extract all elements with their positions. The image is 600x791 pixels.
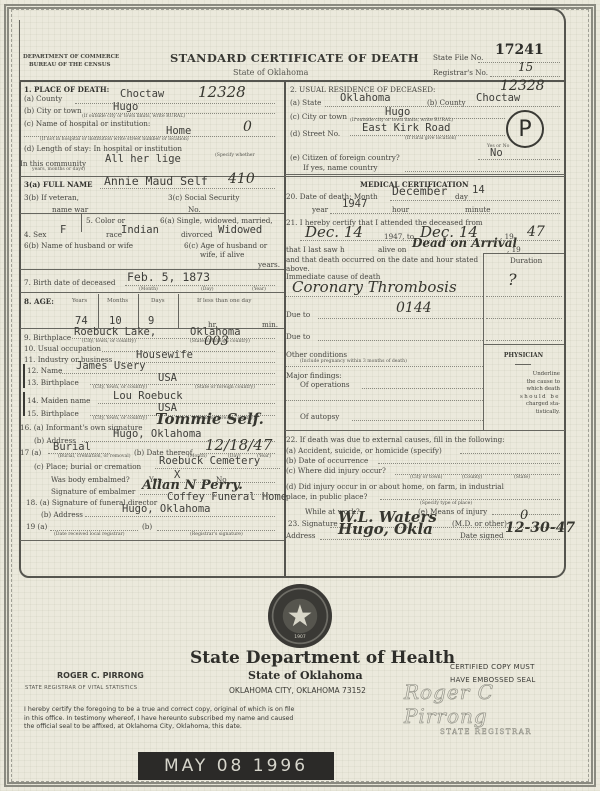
certificate-state: State of Oklahoma: [233, 68, 308, 77]
full-name-code: 410: [228, 171, 255, 187]
date-signed: 12-30-47: [505, 520, 575, 536]
residence-state: Oklahoma: [340, 92, 391, 104]
deceased-sex: F: [60, 224, 66, 236]
residence-city: Hugo: [385, 106, 410, 118]
burial-place: Roebuck Cemetery: [159, 455, 260, 467]
registrar-number-label: Registrar's No.: [433, 68, 488, 77]
death-certificate-page: DEPARTMENT OF COMMERCE BUREAU OF THE CEN…: [0, 0, 600, 791]
birth-date: Feb. 5, 1873: [127, 270, 210, 284]
father-birthplace: USA: [158, 372, 177, 384]
father-name: James Usery: [76, 360, 146, 372]
certification-statement: I hereby certify the foregoing to be a t…: [24, 706, 294, 732]
residence-street: East Kirk Road: [362, 122, 451, 134]
funeral-director: Coffey Funeral Home: [167, 491, 287, 503]
informant-address: Hugo, Oklahoma: [113, 428, 202, 440]
deceased-birthplace-city: Roebuck Lake,: [74, 326, 156, 338]
informant-signature: Tommie Self.: [155, 410, 264, 428]
registrar-name: ROGER C. PIRRONG: [57, 671, 144, 680]
due-to-code: 0144: [396, 300, 432, 316]
burial-date: 12/18/47: [205, 436, 272, 454]
deceased-race: Indian: [121, 224, 159, 236]
state-file-number: 17241: [495, 42, 544, 58]
disposition-type: Burial: [53, 441, 91, 453]
last-seen-alive: Dead on Arrival: [412, 236, 517, 250]
marital-status: Widowed: [218, 224, 262, 236]
department-name: DEPARTMENT OF COMMERCE BUREAU OF THE CEN…: [23, 53, 119, 69]
physician-instructions: Underline the cause to which death shoul…: [488, 371, 560, 416]
department-title: State Department of Health: [190, 648, 455, 668]
mother-maiden-name: Lou Roebuck: [113, 390, 183, 402]
place-of-death-heading: 1. PLACE OF DEATH:: [24, 85, 109, 94]
death-city: Hugo: [113, 101, 138, 113]
state-seal: ★ 1907: [268, 584, 332, 648]
attended-from: Dec. 14: [305, 223, 363, 241]
embossed-registrar-signature: Roger C Pirrong STATE REGISTRAR: [404, 680, 564, 722]
registrar-title: STATE REGISTRAR OF VITAL STATISTICS: [25, 685, 137, 691]
immediate-cause: Coronary Thrombosis: [292, 278, 457, 296]
community-stay: All her lige: [105, 153, 181, 165]
registrar-number: 15: [518, 60, 533, 74]
p-stamp-mark: P: [506, 110, 544, 148]
death-county-code: 12328: [198, 83, 246, 101]
death-month: December: [392, 184, 447, 198]
state-title: State of Oklahoma: [248, 669, 363, 682]
certified-copy-note-1: CERTIFIED COPY MUST: [450, 663, 535, 671]
citizen-foreign: No: [490, 147, 503, 159]
attended-to-year: 47: [527, 224, 545, 240]
occupation-code: 003: [204, 334, 229, 349]
physician-address: Hugo, Okla: [338, 520, 433, 538]
city-address: OKLAHOMA CITY, OKLAHOMA 73152: [229, 686, 366, 695]
death-year: 1947: [342, 198, 367, 210]
state-file-label: State File No.: [433, 53, 483, 62]
death-day: 14: [472, 184, 485, 196]
death-county: Choctaw: [120, 88, 164, 100]
certificate-title: STANDARD CERTIFICATE OF DEATH: [170, 51, 419, 65]
physician-heading: PHYSICIAN: [483, 352, 564, 359]
issue-date-stamp: MAY 08 1996: [138, 752, 334, 780]
death-institution-code: 0: [243, 119, 252, 135]
residence-county-code: 12328: [500, 78, 545, 94]
deceased-full-name: Annie Maud Self: [104, 174, 208, 188]
cause-duration: ?: [508, 270, 517, 289]
funeral-address: Hugo, Oklahoma: [122, 503, 211, 515]
